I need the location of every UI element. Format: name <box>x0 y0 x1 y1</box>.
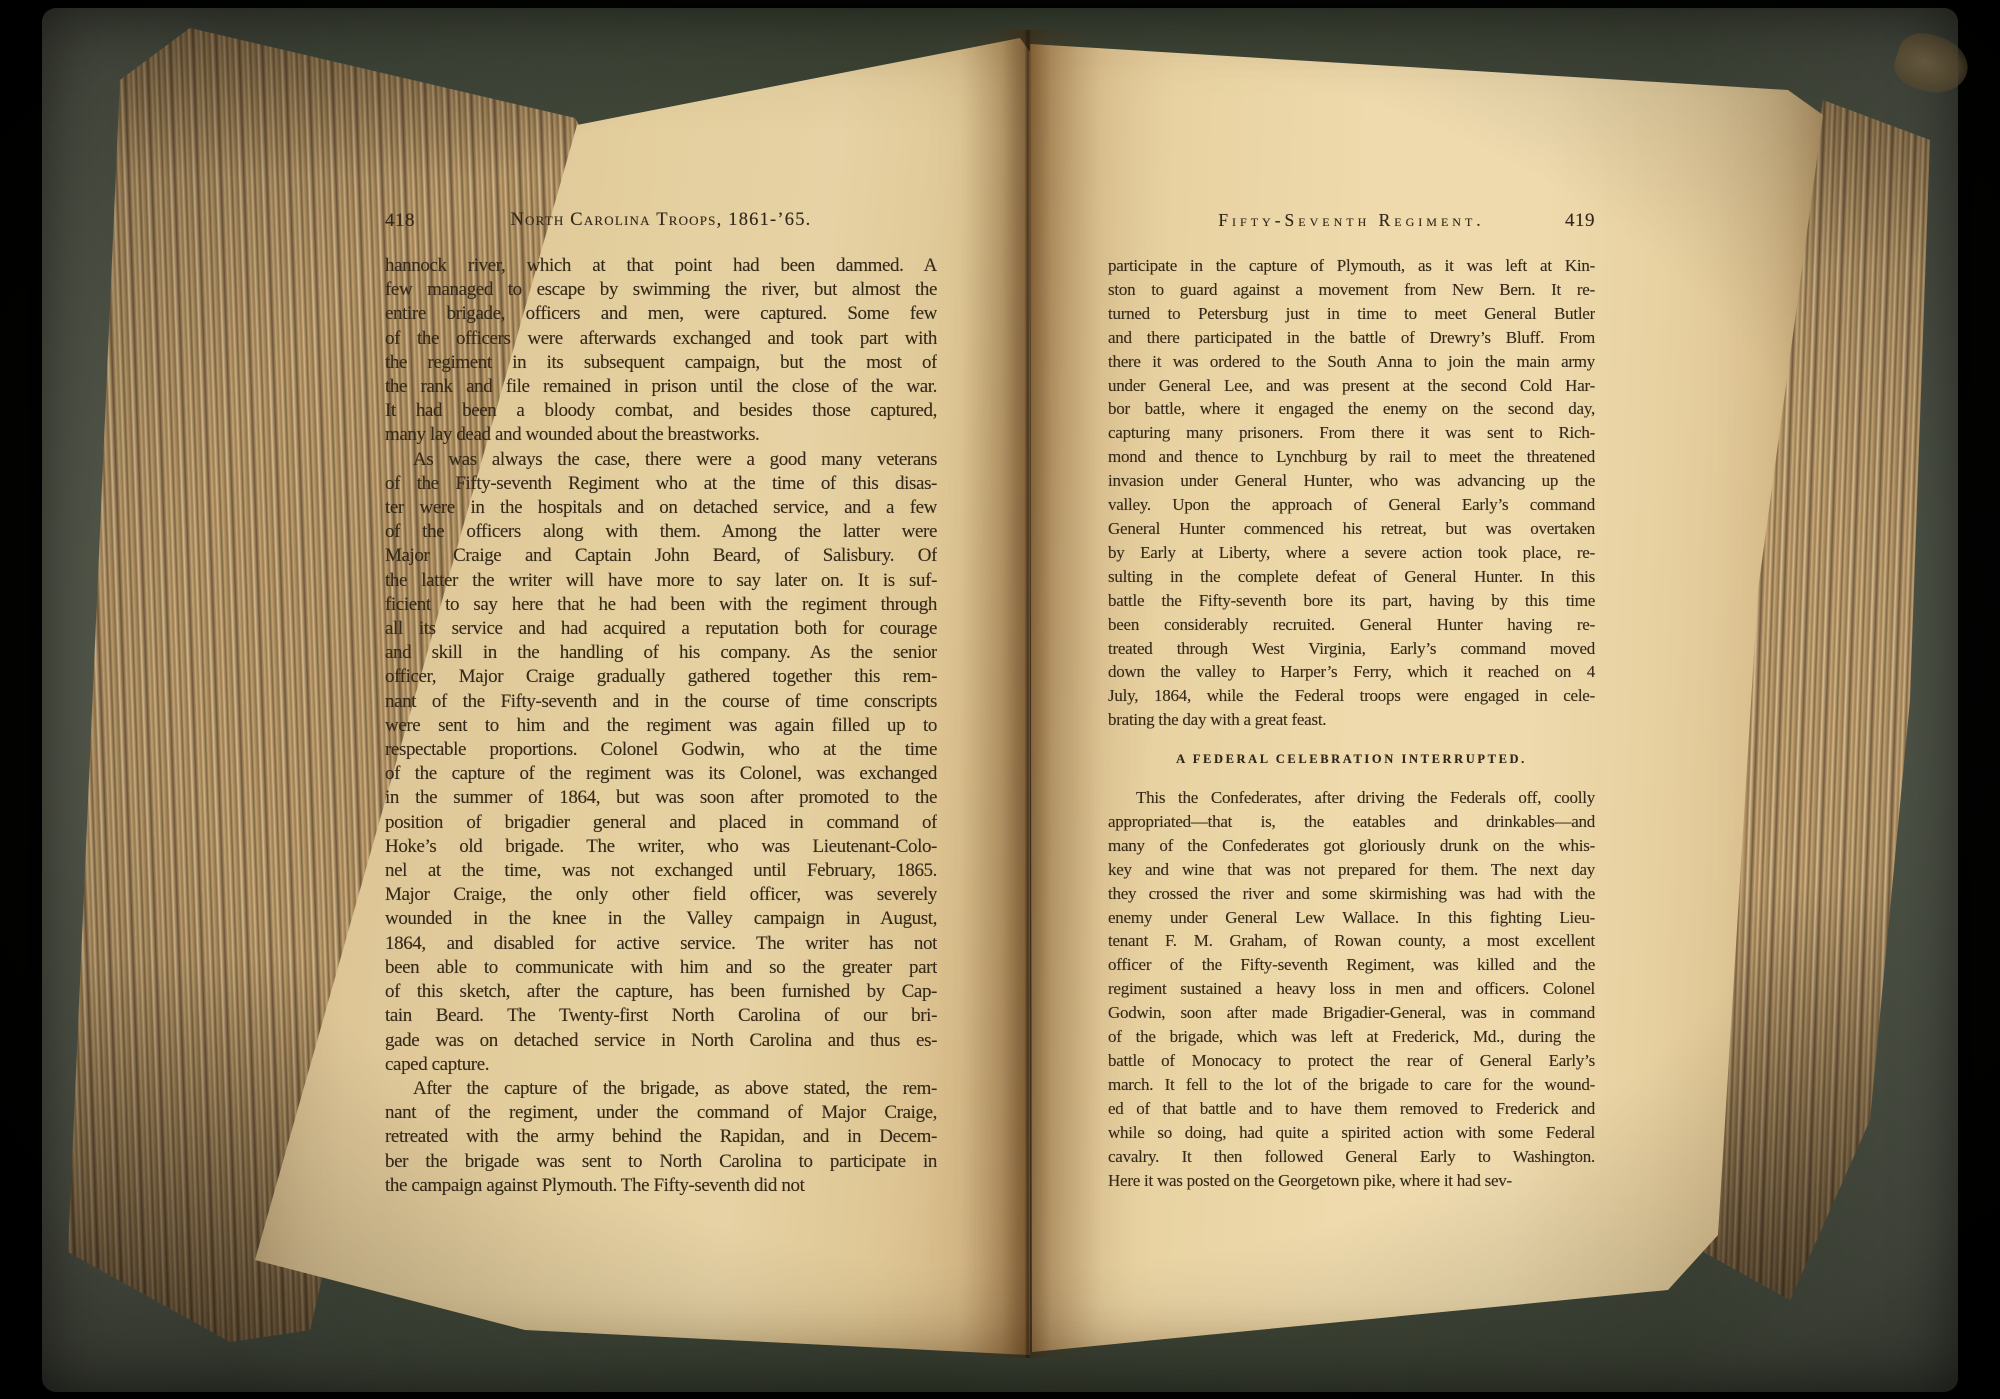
text-line: entire brigade, officers and men, were c… <box>385 302 937 326</box>
text-line: were sent to him and the regiment was ag… <box>385 714 937 738</box>
right-running-title: Fifty-Seventh Regiment. <box>1218 210 1484 230</box>
text-line: 1864, and disabled for active service. T… <box>385 932 937 956</box>
text-line: in the summer of 1864, but was soon afte… <box>385 786 937 810</box>
text-line: of the officers along with them. Among t… <box>385 520 937 544</box>
text-line: position of brigadier general and placed… <box>385 811 937 835</box>
text-line: nant of the regiment, under the command … <box>385 1101 937 1125</box>
text-line: of the capture of the regiment was its C… <box>385 762 937 786</box>
text-line: Major Craige and Captain John Beard, of … <box>385 544 937 568</box>
text-line: ficient to say here that he had been wit… <box>385 593 937 617</box>
text-line: many lay dead and wounded about the brea… <box>385 423 937 447</box>
text-line: march. It fell to the lot of the brigade… <box>1108 1073 1595 1097</box>
text-line: there it was ordered to the South Anna t… <box>1108 350 1595 374</box>
text-line: key and wine that was not prepared for t… <box>1108 858 1595 882</box>
text-line: tenant F. M. Graham, of Rowan county, a … <box>1108 929 1595 953</box>
text-line: enemy under General Lew Wallace. In this… <box>1108 906 1595 930</box>
text-line: by Early at Liberty, where a severe acti… <box>1108 541 1595 565</box>
text-line: officer of the Fifty-seventh Regiment, w… <box>1108 953 1595 977</box>
text-line: As was always the case, there were a goo… <box>385 448 937 472</box>
text-line: officer, Major Craige gradually gathered… <box>385 665 937 689</box>
text-line: the campaign against Plymouth. The Fifty… <box>385 1174 937 1198</box>
text-line: few managed to escape by swimming the ri… <box>385 278 937 302</box>
text-line: ber the brigade was sent to North Caroli… <box>385 1150 937 1174</box>
text-line: respectable proportions. Colonel Godwin,… <box>385 738 937 762</box>
left-running-title: North Carolina Troops, 1861-’65. <box>510 210 811 230</box>
text-line: nel at the time, was not exchanged until… <box>385 859 937 883</box>
text-line: hannock river, which at that point had b… <box>385 254 937 278</box>
text-line: turned to Petersburg just in time to mee… <box>1108 302 1595 326</box>
text-line: many of the Confederates got gloriously … <box>1108 834 1595 858</box>
text-line: the rank and file remained in prison unt… <box>385 375 937 399</box>
paragraph: hannock river, which at that point had b… <box>385 254 937 448</box>
section-heading: A Federal Celebration Interrupted. <box>1108 748 1595 772</box>
text-line: Here it was posted on the Georgetown pik… <box>1108 1169 1595 1193</box>
text-line: nant of the Fifty-seventh and in the cou… <box>385 690 937 714</box>
book-photo: 418 North Carolina Troops, 1861-’65. han… <box>0 0 2000 1399</box>
text-line: ston to guard against a movement from Ne… <box>1108 278 1595 302</box>
text-line: gade was on detached service in North Ca… <box>385 1029 937 1053</box>
text-line: been considerably recruited. General Hun… <box>1108 613 1595 637</box>
text-line: and skill in the handling of his company… <box>385 641 937 665</box>
left-page-number: 418 <box>385 210 415 232</box>
text-line: Major Craige, the only other field offic… <box>385 883 937 907</box>
text-line: all its service and had acquired a reput… <box>385 617 937 641</box>
text-line: of this sketch, after the capture, has b… <box>385 980 937 1004</box>
text-line: Godwin, soon after made Brigadier-Genera… <box>1108 1001 1595 1025</box>
text-line: battle the Fifty-seventh bore its part, … <box>1108 589 1595 613</box>
right-page-header: Fifty-Seventh Regiment. 419 <box>1108 210 1595 238</box>
text-line: the regiment in its subsequent campaign,… <box>385 351 937 375</box>
text-line: the latter the writer will have more to … <box>385 569 937 593</box>
text-line: retreated with the army behind the Rapid… <box>385 1125 937 1149</box>
left-page-body: hannock river, which at that point had b… <box>385 254 937 1198</box>
text-line: bor battle, where it engaged the enemy o… <box>1108 397 1595 421</box>
text-line: participate in the capture of Plymouth, … <box>1108 254 1595 278</box>
right-page-number: 419 <box>1565 210 1595 232</box>
right-page-body: participate in the capture of Plymouth, … <box>1108 254 1595 1192</box>
paragraph: participate in the capture of Plymouth, … <box>1108 254 1595 732</box>
text-line: ter were in the hospitals and on detache… <box>385 496 937 520</box>
text-line: July, 1864, while the Federal troops wer… <box>1108 684 1595 708</box>
text-line: appropriated—that is, the eatables and d… <box>1108 810 1595 834</box>
text-line: of the Fifty-seventh Regiment who at the… <box>385 472 937 496</box>
text-line: invasion under General Hunter, who was a… <box>1108 469 1595 493</box>
text-line: cavalry. It then followed General Early … <box>1108 1145 1595 1169</box>
text-line: General Hunter commenced his retreat, bu… <box>1108 517 1595 541</box>
text-line: under General Lee, and was present at th… <box>1108 374 1595 398</box>
text-line: It had been a bloody combat, and besides… <box>385 399 937 423</box>
text-line: Hoke’s old brigade. The writer, who was … <box>385 835 937 859</box>
text-line: After the capture of the brigade, as abo… <box>385 1077 937 1101</box>
text-line: been able to communicate with him and so… <box>385 956 937 980</box>
text-line: they crossed the river and some skirmish… <box>1108 882 1595 906</box>
text-line: tain Beard. The Twenty-first North Carol… <box>385 1004 937 1028</box>
text-line: and there participated in the battle of … <box>1108 326 1595 350</box>
text-line: caped capture. <box>385 1053 937 1077</box>
text-line: valley. Upon the approach of General Ear… <box>1108 493 1595 517</box>
text-line: ed of that battle and to have them remov… <box>1108 1097 1595 1121</box>
text-line: while so doing, had quite a spirited act… <box>1108 1121 1595 1145</box>
text-line: mond and thence to Lynchburg by rail to … <box>1108 445 1595 469</box>
text-line: regiment sustained a heavy loss in men a… <box>1108 977 1595 1001</box>
text-line: sulting in the complete defeat of Genera… <box>1108 565 1595 589</box>
text-line: capturing many prisoners. From there it … <box>1108 421 1595 445</box>
text-line: battle of Monocacy to protect the rear o… <box>1108 1049 1595 1073</box>
text-line: This the Confederates, after driving the… <box>1108 786 1595 810</box>
text-line: wounded in the knee in the Valley campai… <box>385 907 937 931</box>
left-page-header: 418 North Carolina Troops, 1861-’65. <box>385 210 937 238</box>
text-line: down the valley to Harper’s Ferry, which… <box>1108 660 1595 684</box>
text-line: of the brigade, which was left at Freder… <box>1108 1025 1595 1049</box>
paragraph: As was always the case, there were a goo… <box>385 448 937 1077</box>
text-line: treated through West Virginia, Early’s c… <box>1108 637 1595 661</box>
paragraph: This the Confederates, after driving the… <box>1108 786 1595 1192</box>
text-line: brating the day with a great feast. <box>1108 708 1595 732</box>
paragraph: After the capture of the brigade, as abo… <box>385 1077 937 1198</box>
text-line: of the officers were afterwards exchange… <box>385 327 937 351</box>
